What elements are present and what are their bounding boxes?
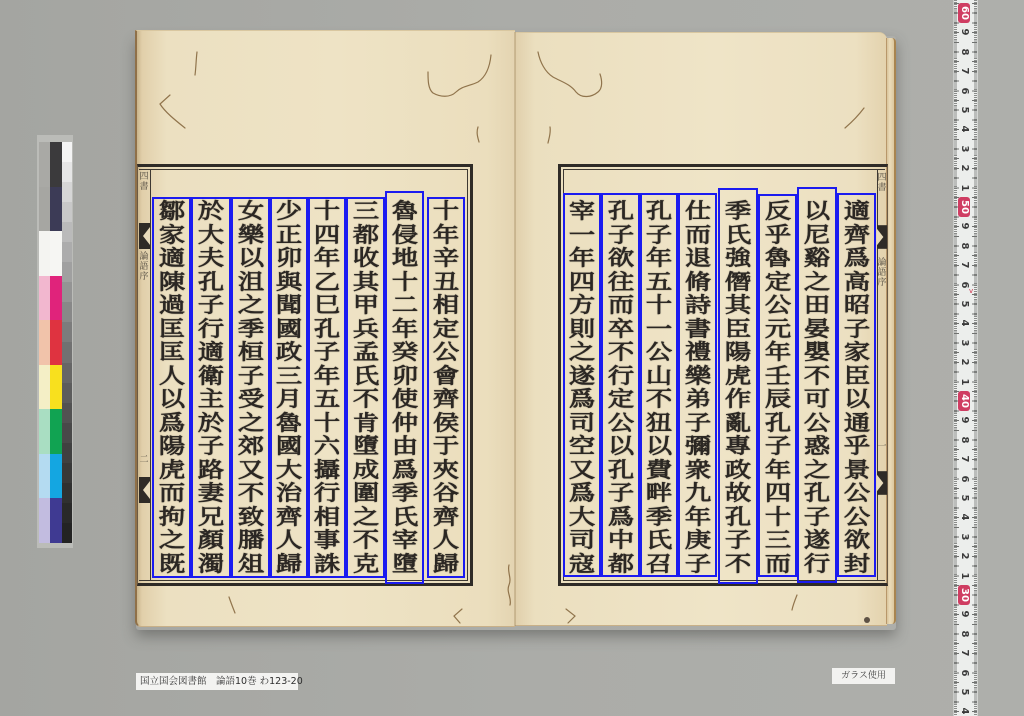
color-patch bbox=[50, 409, 62, 454]
gray-step bbox=[62, 142, 72, 162]
gray-step bbox=[62, 383, 72, 403]
text-column: 孔子年五十一公山不狃以費畔季氏召 bbox=[644, 199, 674, 575]
right-page-number: 一 bbox=[877, 442, 887, 452]
ruler-label: 2 bbox=[958, 353, 970, 371]
left-margin-title: 論語序 bbox=[139, 252, 149, 282]
text-column-box: 季氏強僭其臣陽虎作亂專政故孔子不 bbox=[718, 188, 758, 584]
text-column: 十四年乙巳孔子年五十六攝行相事誅 bbox=[312, 199, 342, 575]
text-column: 於大夫孔子行適衛主於子路妻兄顏濁 bbox=[196, 199, 226, 575]
ruler-label: 4 bbox=[958, 508, 970, 526]
fishtail-icon bbox=[139, 477, 150, 503]
ruler-label: 2 bbox=[958, 547, 970, 565]
tint-patches bbox=[39, 142, 50, 543]
color-patch bbox=[50, 498, 62, 543]
ruler-label: 2 bbox=[958, 159, 970, 177]
ruler-label: 8 bbox=[958, 43, 970, 61]
ruler-label: 6 bbox=[958, 664, 970, 682]
gray-step bbox=[62, 322, 72, 342]
ruler-label: 5 bbox=[958, 295, 970, 313]
gutter-fold bbox=[514, 32, 516, 626]
left-margin-divider bbox=[150, 169, 151, 581]
color-patch bbox=[39, 142, 50, 187]
gray-step bbox=[62, 443, 72, 463]
gray-step bbox=[62, 222, 72, 242]
color-patch bbox=[39, 409, 50, 454]
gray-step bbox=[62, 282, 72, 302]
ruler-label: 7 bbox=[958, 450, 970, 468]
gray-step bbox=[62, 523, 72, 543]
gray-step bbox=[62, 463, 72, 483]
color-patch bbox=[50, 454, 62, 499]
text-column: 適齊爲高昭子家臣以通乎景公公欲封 bbox=[842, 199, 872, 575]
ruler-label-major: 50 bbox=[958, 197, 970, 217]
ruler-label: 3 bbox=[958, 140, 970, 158]
ruler-label: 5 bbox=[958, 683, 970, 701]
color-patch bbox=[50, 320, 62, 365]
ruler-label: 6 bbox=[958, 470, 970, 488]
right-margin-title: 論語序 bbox=[877, 258, 887, 288]
color-patch bbox=[39, 320, 50, 365]
fishtail-icon bbox=[877, 470, 887, 496]
color-patch bbox=[39, 454, 50, 499]
ruler-label: 1 bbox=[958, 373, 970, 391]
library-label: 国立国会図書館 論語10巻 わ123-20 bbox=[136, 673, 298, 690]
color-patch bbox=[50, 276, 62, 321]
ruler-label: 4 bbox=[958, 314, 970, 332]
text-column-box: 於大夫孔子行適衛主於子路妻兄顏濁 bbox=[191, 197, 231, 578]
text-column: 少正卯與聞國政三月魯國大治齊人歸 bbox=[274, 199, 304, 575]
ruler-label-major: 30 bbox=[958, 585, 970, 605]
text-column-box: 鄒家適陳過匡匡人以爲陽虎而拘之既 bbox=[152, 197, 191, 578]
ruler-label: 7 bbox=[958, 644, 970, 662]
gray-step bbox=[62, 363, 72, 383]
text-column: 反乎魯定公元年壬辰孔子年四十三而 bbox=[763, 199, 793, 575]
text-column-box: 反乎魯定公元年壬辰孔子年四十三而 bbox=[758, 194, 797, 577]
color-patch bbox=[50, 142, 62, 187]
fishtail-icon bbox=[139, 223, 150, 249]
gray-step bbox=[62, 162, 72, 182]
color-patch bbox=[39, 187, 50, 232]
gray-step bbox=[62, 302, 72, 322]
text-column-box: 魯侵地十二年癸卯使仲由爲季氏宰墮 bbox=[385, 191, 424, 584]
ruler-label: 9 bbox=[958, 217, 970, 235]
text-column: 女樂以沮之季桓子受之郊又不致膰俎 bbox=[236, 199, 266, 575]
gray-step bbox=[62, 503, 72, 523]
text-column-box: 孔子欲往而卒不行定公以孔子爲中都 bbox=[601, 193, 640, 577]
gray-step bbox=[62, 483, 72, 503]
ruler-red-marker: v bbox=[969, 289, 974, 294]
text-column-box: 三都收其甲兵孟氏不肯墮成圍之不克 bbox=[346, 197, 385, 578]
text-column: 季氏強僭其臣陽虎作亂專政故孔子不 bbox=[723, 199, 753, 575]
ruler-label: 4 bbox=[958, 702, 970, 716]
ruler-label: 7 bbox=[958, 62, 970, 80]
text-column: 以尼谿之田晏嬰不可公惑之孔子遂行 bbox=[802, 199, 832, 575]
right-margin-header: 四書 bbox=[877, 173, 887, 193]
text-column: 魯侵地十二年癸卯使仲由爲季氏宰墮 bbox=[390, 199, 420, 575]
text-column-box: 孔子年五十一公山不狃以費畔季氏召 bbox=[640, 193, 678, 577]
gray-step bbox=[62, 423, 72, 443]
text-column: 十年辛丑相定公會齊侯于夾谷齊人歸 bbox=[431, 199, 461, 575]
gray-step bbox=[62, 242, 72, 262]
text-column: 鄒家適陳過匡匡人以爲陽虎而拘之既 bbox=[157, 199, 187, 575]
ruler-label-major: 60 bbox=[958, 3, 970, 23]
text-column-box: 仕而退脩詩書禮樂弟子彌衆九年庚子 bbox=[678, 193, 717, 577]
color-patch bbox=[50, 231, 62, 276]
color-patch bbox=[39, 231, 50, 276]
ruler-label: 5 bbox=[958, 101, 970, 119]
color-patch bbox=[39, 276, 50, 321]
text-column-box: 女樂以沮之季桓子受之郊又不致膰俎 bbox=[231, 197, 270, 578]
ruler-label: 1 bbox=[958, 179, 970, 197]
color-patch bbox=[39, 498, 50, 543]
left-page-number: 二 bbox=[139, 455, 149, 465]
gray-step bbox=[62, 403, 72, 423]
text-column: 宰一年四方則之遂爲司空又爲大司寇 bbox=[567, 199, 597, 575]
color-patch bbox=[50, 187, 62, 232]
text-column-box: 以尼谿之田晏嬰不可公惑之孔子遂行 bbox=[797, 187, 837, 583]
text-column: 仕而退脩詩書禮樂弟子彌衆九年庚子 bbox=[683, 199, 713, 575]
text-column-box: 少正卯與聞國政三月魯國大治齊人歸 bbox=[270, 197, 308, 578]
ruler-label: 9 bbox=[958, 605, 970, 623]
ruler-label: 8 bbox=[958, 625, 970, 643]
ruler-label: 1 bbox=[958, 567, 970, 585]
text-column-box: 宰一年四方則之遂爲司空又爲大司寇 bbox=[563, 193, 601, 577]
left-margin-header: 四書 bbox=[139, 172, 149, 192]
color-patch bbox=[39, 365, 50, 410]
color-calibration-chart bbox=[37, 135, 73, 548]
ruler-label: 7 bbox=[958, 256, 970, 274]
glass-used-label: ガラス使用 bbox=[832, 668, 895, 684]
gray-step bbox=[62, 342, 72, 362]
grayscale-steps bbox=[62, 142, 72, 543]
ruler-label: 3 bbox=[958, 528, 970, 546]
ruler-label: 5 bbox=[958, 489, 970, 507]
ruler-label-major: 40 bbox=[958, 391, 970, 411]
gray-step bbox=[62, 202, 72, 222]
text-column-box: 適齊爲高昭子家臣以通乎景公公欲封 bbox=[837, 193, 876, 577]
ruler-label: 4 bbox=[958, 120, 970, 138]
gray-step bbox=[62, 182, 72, 202]
ruler-label: 8 bbox=[958, 431, 970, 449]
ruler-major-ticks-right bbox=[972, 3, 977, 716]
color-patch bbox=[50, 365, 62, 410]
ruler-label: 6 bbox=[958, 82, 970, 100]
text-column-box: 十年辛丑相定公會齊侯于夾谷齊人歸 bbox=[427, 197, 465, 578]
ruler-label: 9 bbox=[958, 23, 970, 41]
gray-step bbox=[62, 262, 72, 282]
ruler-label: 8 bbox=[958, 237, 970, 255]
text-column-box: 十四年乙巳孔子年五十六攝行相事誅 bbox=[308, 197, 346, 578]
solid-patches bbox=[50, 142, 62, 543]
fishtail-icon bbox=[877, 224, 887, 250]
text-column: 三都收其甲兵孟氏不肯墮成圍之不克 bbox=[351, 199, 381, 575]
ruler-label: 3 bbox=[958, 334, 970, 352]
ruler-label: 9 bbox=[958, 411, 970, 429]
text-column: 孔子欲往而卒不行定公以孔子爲中都 bbox=[606, 199, 636, 575]
